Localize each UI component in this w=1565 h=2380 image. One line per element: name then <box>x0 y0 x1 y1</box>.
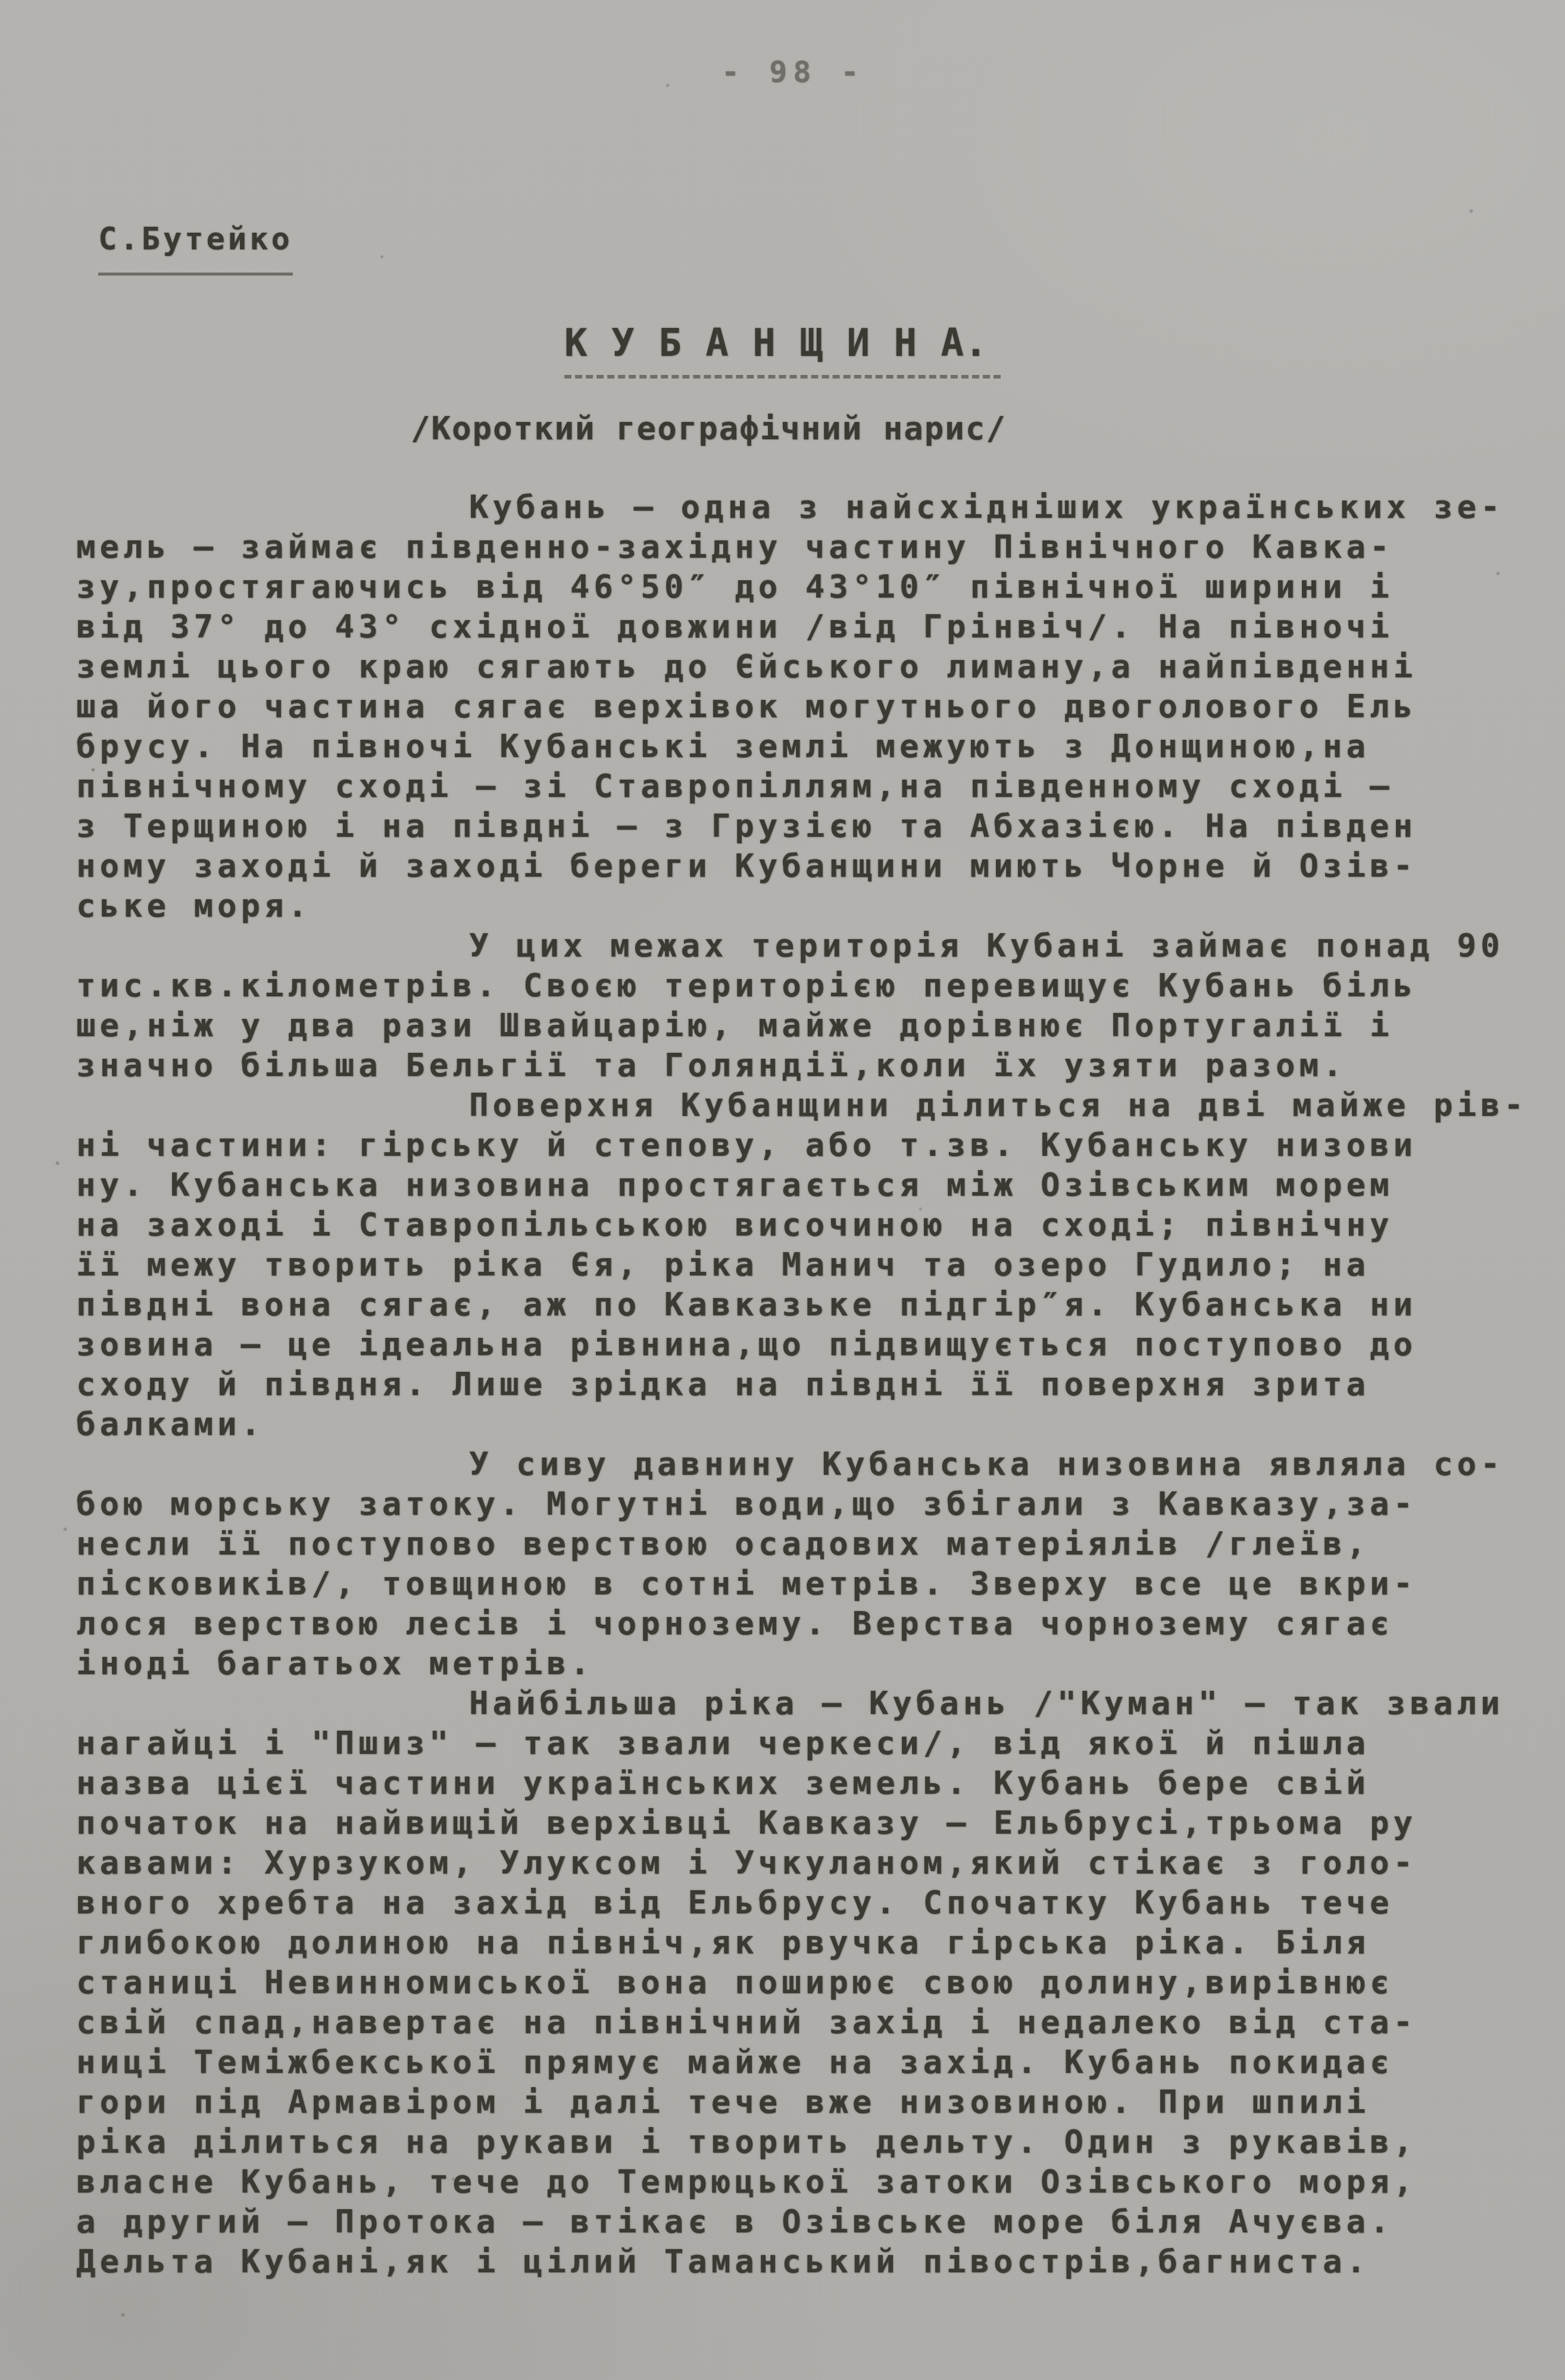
text-line: півдні вона сягає, аж по Кавказьке підгі… <box>76 1284 1505 1324</box>
text-line: бою морську затоку. Могутні води,що збіг… <box>76 1484 1505 1524</box>
text-line: на заході і Ставропільською височиною на… <box>76 1205 1505 1244</box>
text-line: вного хребта на захід від Ельбрусу. Споч… <box>76 1882 1505 1922</box>
text-line: гори під Армавіром і далі тече вже низов… <box>76 2082 1505 2122</box>
text-line: ське моря. <box>76 886 1505 925</box>
document-subtitle: /Короткий географічний нарис/ <box>411 409 1007 447</box>
text-line: Кубань – одна з найсхідніших українських… <box>76 487 1505 527</box>
text-line: зовина – це ідеальна рівнина,що підвищує… <box>76 1324 1505 1364</box>
text-line: від 37° до 43° східної довжини /від Грін… <box>76 606 1505 646</box>
text-line: з Терщиною і на півдні – з Грузією та Аб… <box>76 806 1505 846</box>
text-line: ні частини: гірську й степову, або т.зв.… <box>76 1125 1505 1165</box>
paper-speckles <box>0 0 2 2</box>
text-line: іноді багатьох метрів. <box>76 1643 1505 1683</box>
text-line: тис.кв.кілометрів. Своєю територією пере… <box>76 965 1505 1005</box>
text-line: У сиву давнину Кубанська низовина являла… <box>76 1444 1505 1484</box>
text-line: значно більша Бельгії та Голяндії,коли ї… <box>76 1045 1505 1085</box>
text-line: балками. <box>76 1404 1505 1444</box>
text-line: станиці Невинномиської вона поширює свою… <box>76 1962 1505 2002</box>
scanned-page: - 98 - С.Бутейко К У Б А Н Щ И Н А. /Кор… <box>0 0 1565 2380</box>
paragraph: Найбільша ріка – Кубань /"Куман" – так з… <box>76 1683 1505 2281</box>
paragraph: У сиву давнину Кубанська низовина являла… <box>76 1444 1505 1683</box>
text-line: землі цього краю сягають до Єйського лим… <box>76 646 1505 686</box>
text-line: північному сході – зі Ставропіллям,на пі… <box>76 766 1505 806</box>
text-line: ріка ділиться на рукави і творить дельту… <box>76 2122 1505 2162</box>
text-line: У цих межах територія Кубані займає пона… <box>76 925 1505 965</box>
text-line: назва цієї частини українських земель. К… <box>76 1763 1505 1803</box>
text-line: глибокою долиною на північ,як рвучка гір… <box>76 1922 1505 1962</box>
document-body: Кубань – одна з найсхідніших українських… <box>76 487 1505 2281</box>
text-line: Найбільша ріка – Кубань /"Куман" – так з… <box>76 1683 1505 1723</box>
author-name: С.Бутейко <box>98 221 293 276</box>
text-line: ну. Кубанська низовина простягається між… <box>76 1165 1505 1205</box>
text-line: несли її поступово верствою осадових мат… <box>76 1524 1505 1563</box>
text-line: власне Кубань, тече до Темрюцької затоки… <box>76 2162 1505 2201</box>
text-line: Поверхня Кубанщини ділиться на дві майже… <box>76 1085 1505 1125</box>
text-line: а другий – Протока – втікає в Озівське м… <box>76 2201 1505 2241</box>
paragraph: Кубань – одна з найсхідніших українських… <box>76 487 1505 925</box>
text-line: ше,ніж у два рази Швайцарію, майже дорів… <box>76 1005 1505 1045</box>
text-line: початок на найвищій верхівці Кавказу – Е… <box>76 1803 1505 1843</box>
text-line: зу,простягаючись від 46°50″ до 43°10″ пі… <box>76 567 1505 606</box>
text-line: ному заході й заході береги Кубанщини ми… <box>76 846 1505 886</box>
text-line: її межу творить ріка Єя, ріка Манич та о… <box>76 1244 1505 1284</box>
document-title: К У Б А Н Щ И Н А. <box>564 321 988 379</box>
page-number: - 98 - <box>721 55 865 89</box>
text-line: кавами: Хурзуком, Улуксом і Учкуланом,як… <box>76 1843 1505 1882</box>
text-line: лося верствою лесів і чорнозему. Верства… <box>76 1603 1505 1643</box>
paragraph: У цих межах територія Кубані займає пона… <box>76 925 1505 1085</box>
text-line: сходу й півдня. Лише зрідка на півдні її… <box>76 1364 1505 1404</box>
text-line: пісковиків/, товщиною в сотні метрів. Зв… <box>76 1563 1505 1603</box>
text-line: свій спад,навертає на північний захід і … <box>76 2002 1505 2042</box>
text-line: ниці Теміжбекської прямує майже на захід… <box>76 2042 1505 2082</box>
text-line: Дельта Кубані,як і цілий Таманський піво… <box>76 2241 1505 2281</box>
text-line: брусу. На півночі Кубанські землі межуют… <box>76 726 1505 766</box>
text-line: ша його частина сягає верхівок могутньог… <box>76 686 1505 726</box>
paragraph: Поверхня Кубанщини ділиться на дві майже… <box>76 1085 1505 1444</box>
text-line: мель – займає південно-західну частину П… <box>76 527 1505 567</box>
text-line: нагайці і "Пшиз" – так звали черкеси/, в… <box>76 1723 1505 1763</box>
